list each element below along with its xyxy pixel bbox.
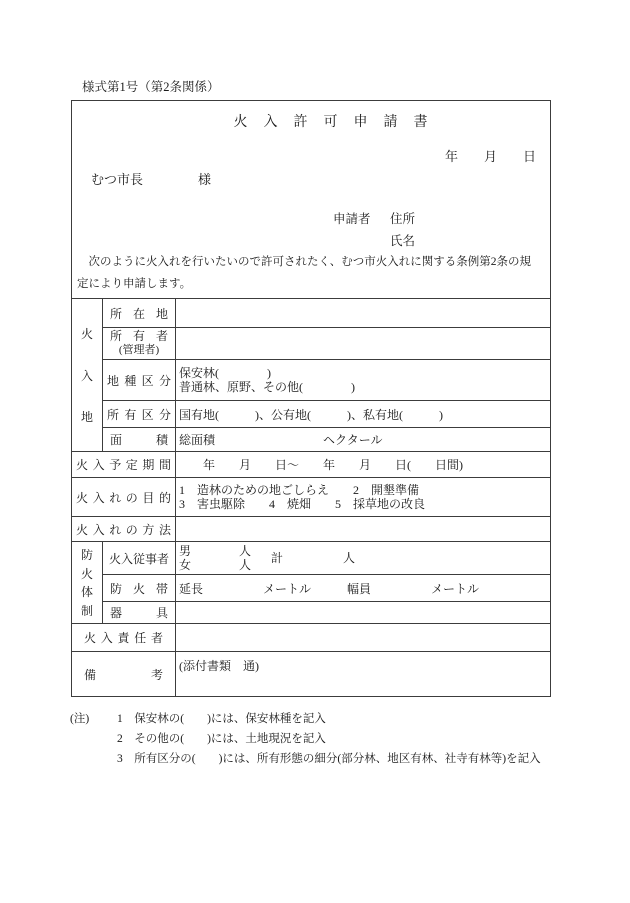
workers-male: 男 人 [179, 544, 251, 558]
body-text-line2: 定により申請します。 [77, 275, 191, 291]
land-type-row-label: 地 種 区 分 [103, 360, 176, 401]
owner-row-label: 所 有 者 (管理者) [103, 328, 176, 360]
addressee-line: むつ市長様 [91, 169, 211, 188]
chief-row-label: 火 入 責 任 者 [72, 624, 176, 652]
note-item-2: 2 その他の( )には、土地現況を記入 [117, 730, 326, 746]
location-row-label: 所 在 地 [103, 299, 176, 328]
fire-prevention-group-label: 防 火 体 制 [72, 542, 103, 624]
remarks-value-cell: (添付書類 通) [176, 652, 550, 696]
note-item-1: 1 保安林の( )には、保安林種を記入 [117, 710, 326, 726]
firebreak-value-cell: 延長 メートル 幅員 メートル [176, 575, 550, 602]
period-row-label: 火 入 予 定 期 間 [72, 452, 176, 478]
applicant-address-label: 住所 [390, 209, 415, 227]
applicant-name-label: 氏名 [390, 231, 415, 249]
form-number: 様式第1号（第2条関係） [82, 77, 220, 95]
workers-female: 女 人 [179, 558, 251, 572]
application-form-box: 火入許可申請書 年 月 日 むつ市長様 申請者 住所 氏名 次のように火入れを行… [71, 100, 551, 697]
owner-manager-sublabel: (管理者) [103, 344, 175, 358]
date-line: 年 月 日 [72, 146, 550, 165]
workers-total: 計 人 [271, 551, 355, 565]
equipment-value-cell [176, 602, 550, 624]
form-title: 火入許可申請書 [72, 111, 550, 131]
remarks-row-label: 備 考 [72, 652, 176, 696]
purpose-value-cell: 1 造林のための地ごしらえ 2 開墾準備 3 害虫駆除 4 焼畑 5 採草地の改… [176, 478, 550, 517]
applicant-label: 申請者 [333, 209, 371, 227]
note-item-3: 3 所有区分の( )には、所有形態の細分(部分林、地区有林、社寺有林等)を記入 [117, 750, 541, 766]
body-text-line1: 次のように火入れを行いたいので許可されたく、むつ市火入れに関する条例第2条の規 [77, 253, 531, 269]
ownership-row-label: 所 有 区 分 [103, 401, 176, 428]
ownership-value-cell: 国有地( )、公有地( )、私有地( ) [176, 401, 550, 428]
notes-label: (注) [70, 710, 89, 726]
firebreak-row-label: 防 火 帯 [103, 575, 176, 602]
location-value-cell [176, 299, 550, 328]
application-table: 火 入 地 所 在 地 所 有 者 (管理者) [72, 298, 550, 696]
equipment-row-label: 器 具 [103, 602, 176, 624]
chief-value-cell [176, 624, 550, 652]
addressee-name: むつ市長 [91, 172, 143, 187]
addressee-honorific: 様 [198, 169, 211, 188]
workers-value-cell: 男 人 女 人 計 人 [176, 542, 550, 575]
method-value-cell [176, 517, 550, 542]
application-form-page: 様式第1号（第2条関係） 火入許可申請書 年 月 日 むつ市長様 申請者 住所 … [0, 0, 630, 903]
period-value-cell: 年 月 日～ 年 月 日( 日間) [176, 452, 550, 478]
method-row-label: 火 入 れ の 方 法 [72, 517, 176, 542]
workers-row-label: 火入従事者 [103, 542, 176, 575]
owner-value-cell [176, 328, 550, 360]
area-row-label: 面 積 [103, 428, 176, 452]
area-value-cell: 総面積 ヘクタール [176, 428, 550, 452]
purpose-row-label: 火 入 れ の 目 的 [72, 478, 176, 517]
land-type-value-cell: 保安林( ) 普通林、原野、その他( ) [176, 360, 550, 401]
fire-site-group-label: 火 入 地 [72, 299, 103, 452]
